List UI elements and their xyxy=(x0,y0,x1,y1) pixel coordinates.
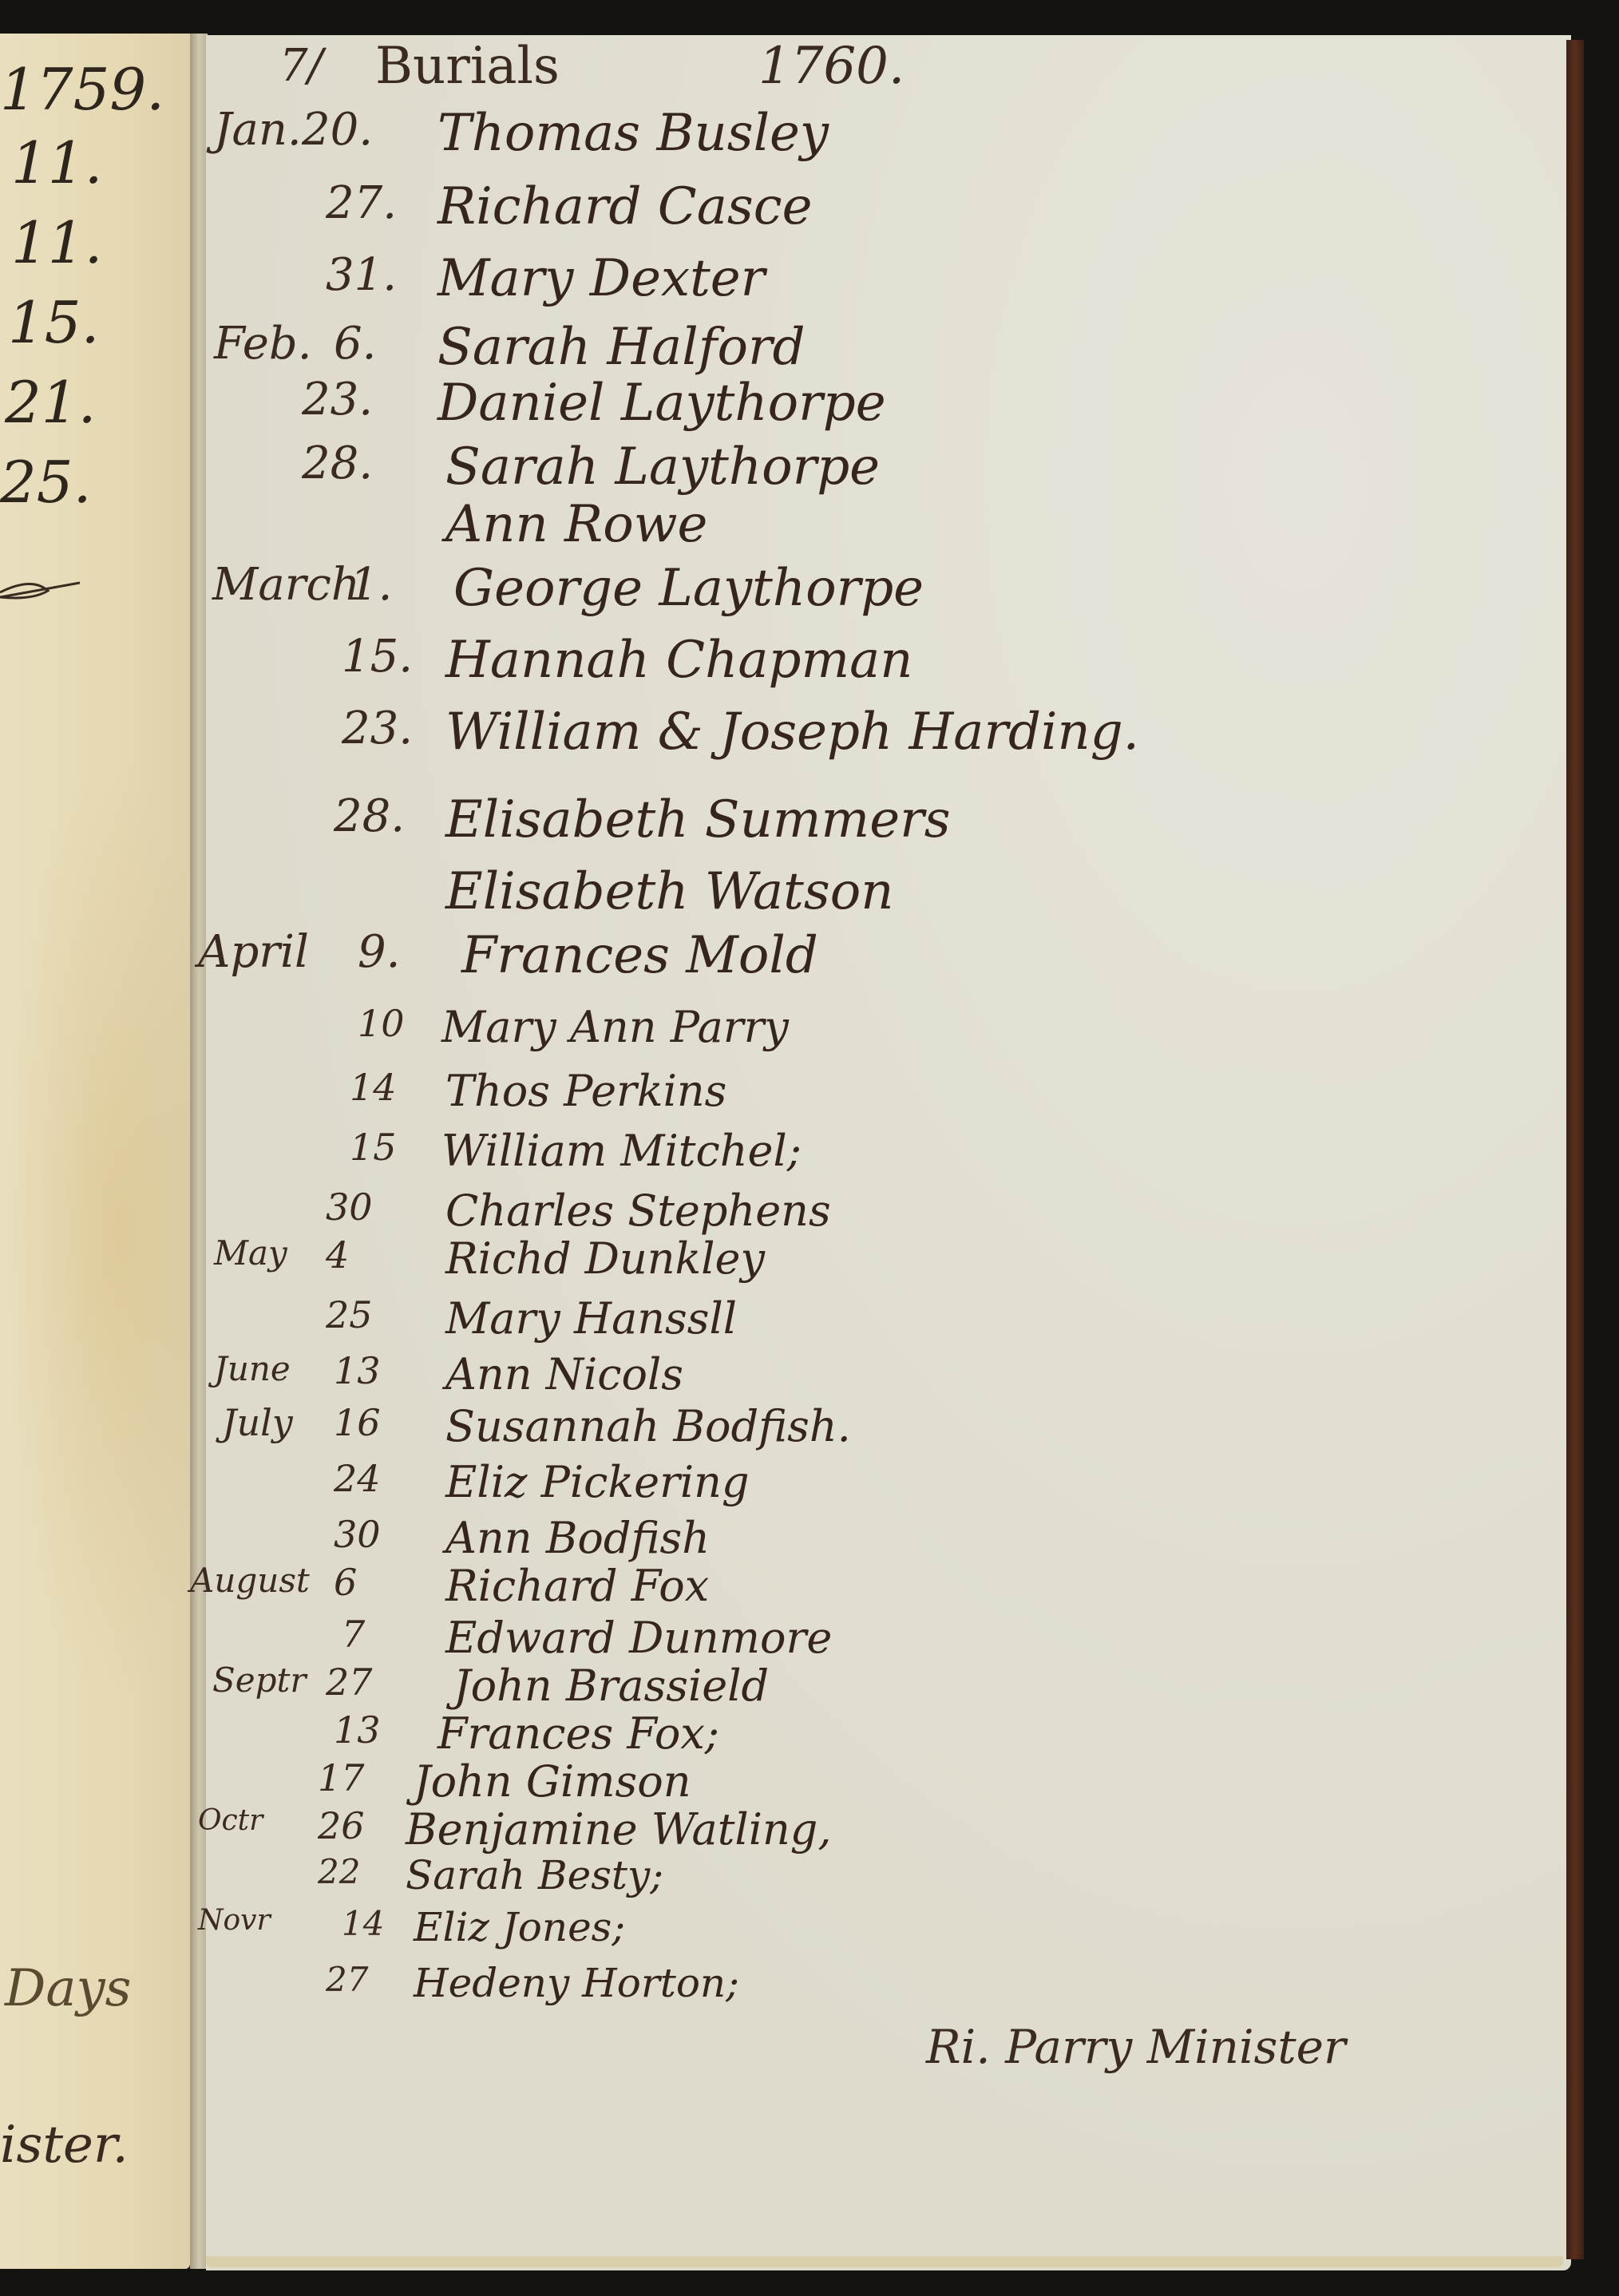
entry-day: 6. xyxy=(334,318,376,370)
entry-day: 30 xyxy=(326,1186,373,1229)
burial-entry: Octr 26 Benjamine Watling, xyxy=(206,1804,1563,1852)
entry-day: 27 xyxy=(326,1960,368,1999)
entry-name: Frances Fox; xyxy=(437,1708,719,1759)
entry-day: 9. xyxy=(358,926,400,978)
entry-name: Mary Dexter xyxy=(437,249,765,308)
burial-entry: March 1. George Laythorpe xyxy=(206,559,1563,607)
burial-entry: 13 Frances Fox; xyxy=(206,1708,1563,1756)
minister-signature: Ri. Parry Minister xyxy=(926,2020,1346,2074)
entry-day: 13 xyxy=(334,1708,381,1752)
burial-entry: Jan. 20. Thomas Busley xyxy=(206,104,1563,152)
entry-day: 27. xyxy=(326,177,397,229)
left-number: 15. xyxy=(8,289,100,356)
left-number: 11. xyxy=(11,209,103,276)
entry-day: 1. xyxy=(350,559,392,611)
entry-name: Elisabeth Watson xyxy=(445,862,893,921)
burial-entry: 7 Edward Dunmore xyxy=(206,1613,1563,1661)
entry-day: 22 xyxy=(318,1852,360,1891)
burial-entry: 14 Thos Perkins xyxy=(206,1066,1563,1114)
entry-name: William Mitchel; xyxy=(441,1126,802,1176)
entry-name: William & Joseph Harding. xyxy=(445,703,1139,762)
entry-day: 14 xyxy=(350,1066,397,1109)
entry-name: Mary Hanssll xyxy=(445,1293,737,1344)
entry-day: 10 xyxy=(358,1002,405,1045)
entry-name: Ann Nicols xyxy=(445,1349,683,1399)
entry-month: Septr xyxy=(212,1661,306,1700)
entry-name: Richard Casce xyxy=(437,177,812,236)
entry-day: 15. xyxy=(342,631,413,683)
entry-name: Sarah Besty; xyxy=(406,1852,663,1898)
entry-month: August xyxy=(190,1561,310,1600)
left-year-fragment: 1759. xyxy=(0,56,164,123)
entry-day: 28. xyxy=(334,790,405,842)
burial-entry: 17 John Gimson xyxy=(206,1756,1563,1804)
entry-day: 23. xyxy=(342,703,413,754)
burial-entry: June 13 Ann Nicols xyxy=(206,1349,1563,1397)
entry-name: Eliz Jones; xyxy=(414,1904,625,1950)
burial-entry: 15. Hannah Chapman xyxy=(206,631,1563,679)
entry-day: 13 xyxy=(334,1349,381,1392)
burial-entry: 22 Sarah Besty; xyxy=(206,1852,1563,1900)
burial-entry: 30 Charles Stephens xyxy=(206,1186,1563,1233)
entry-name: Sarah Laythorpe xyxy=(445,437,880,497)
burial-entry: Septr 27 John Brassield xyxy=(206,1661,1563,1708)
burial-entry: 27. Richard Casce xyxy=(206,177,1563,225)
entry-month: Jan. xyxy=(214,104,302,156)
burial-entry: Feb. 6. Sarah Halford xyxy=(206,318,1563,366)
page-number: 7/ xyxy=(279,40,323,92)
entry-day: 27 xyxy=(326,1661,373,1704)
entry-month: March xyxy=(212,559,360,611)
burial-entry: 31. Mary Dexter xyxy=(206,249,1563,297)
left-word-days: Days xyxy=(5,1959,131,2018)
entry-name: Elisabeth Summers xyxy=(445,790,951,849)
flourish-icon xyxy=(0,576,88,608)
entry-day: 7 xyxy=(342,1613,365,1656)
entry-name: Edward Dunmore xyxy=(445,1613,832,1663)
burial-entry: Elisabeth Watson xyxy=(206,862,1563,910)
entry-name: Ann Bodfish xyxy=(445,1513,710,1563)
entry-name: Susannah Bodfish. xyxy=(445,1401,851,1451)
entry-day: 23. xyxy=(302,374,373,426)
entry-name: Charles Stephens xyxy=(445,1186,831,1236)
left-word-minister: ister. xyxy=(0,2116,129,2175)
left-page: 1759. 11. 11. 15. 21. 25. Days ister. xyxy=(0,34,190,2269)
entry-name: Mary Ann Parry xyxy=(441,1002,789,1052)
entry-name: Richd Dunkley xyxy=(445,1233,765,1284)
page-edge xyxy=(206,2256,1563,2267)
entry-name: Frances Mold xyxy=(461,926,818,985)
entry-day: 4 xyxy=(326,1233,349,1277)
entry-name: Daniel Laythorpe xyxy=(437,374,886,433)
burial-entry: August 6 Richard Fox xyxy=(206,1561,1563,1609)
left-number: 25. xyxy=(0,449,92,516)
entry-day: 24 xyxy=(334,1457,381,1500)
burial-entry: 23. William & Joseph Harding. xyxy=(206,703,1563,750)
burial-entry: 23. Daniel Laythorpe xyxy=(206,374,1563,422)
burial-entry: Novr 14 Eliz Jones; xyxy=(206,1904,1563,1952)
entry-name: Thos Perkins xyxy=(445,1066,726,1116)
burial-entry: 30 Ann Bodfish xyxy=(206,1513,1563,1561)
entry-name: George Laythorpe xyxy=(453,559,924,618)
burial-entry: 25 Mary Hanssll xyxy=(206,1293,1563,1341)
entry-name: John Gimson xyxy=(414,1756,691,1807)
entry-day: 28. xyxy=(302,437,373,489)
water-stain xyxy=(0,752,190,1710)
burial-entry: Ann Rowe xyxy=(206,495,1563,543)
entry-name: Sarah Halford xyxy=(437,318,806,377)
entry-day: 16 xyxy=(334,1401,381,1444)
burial-entry: 28. Sarah Laythorpe xyxy=(206,437,1563,485)
entry-day: 17 xyxy=(318,1756,365,1799)
left-number: 21. xyxy=(5,369,97,436)
entry-name: Benjamine Watling, xyxy=(406,1804,832,1855)
entry-name: Hannah Chapman xyxy=(445,631,913,690)
entry-day: 30 xyxy=(334,1513,381,1556)
entry-month: July xyxy=(222,1401,293,1444)
burial-entry: July 16 Susannah Bodfish. xyxy=(206,1401,1563,1449)
entry-day: 25 xyxy=(326,1293,373,1336)
entry-name: Hedeny Horton; xyxy=(414,1960,739,2006)
entry-month: Feb. xyxy=(214,318,312,370)
burial-entry: 10 Mary Ann Parry xyxy=(206,1002,1563,1050)
burial-entry: 28. Elisabeth Summers xyxy=(206,790,1563,838)
entry-month: May xyxy=(214,1233,287,1273)
burial-entry: May 4 Richd Dunkley xyxy=(206,1233,1563,1281)
entry-day: 26 xyxy=(318,1804,365,1847)
entry-day: 6 xyxy=(334,1561,357,1604)
entry-day: 31. xyxy=(326,249,397,301)
burial-entry: 15 William Mitchel; xyxy=(206,1126,1563,1174)
entry-month: June xyxy=(214,1349,291,1388)
entry-day: 14 xyxy=(342,1904,384,1943)
entry-name: Ann Rowe xyxy=(445,495,707,554)
page-title: Burials xyxy=(375,37,560,96)
burial-entry: April 9. Frances Mold xyxy=(206,926,1563,974)
entry-day: 20. xyxy=(302,104,373,156)
page-year: 1760. xyxy=(758,37,905,96)
entry-day: 15 xyxy=(350,1126,397,1169)
entry-name: Richard Fox xyxy=(445,1561,709,1611)
burial-entry: 24 Eliz Pickering xyxy=(206,1457,1563,1505)
entry-name: John Brassield xyxy=(453,1661,769,1711)
burial-entry: 27 Hedeny Horton; xyxy=(206,1960,1563,2008)
entry-month: Novr xyxy=(198,1904,271,1937)
entry-name: Eliz Pickering xyxy=(445,1457,750,1507)
left-number: 11. xyxy=(11,129,103,196)
entry-month: April xyxy=(198,926,309,978)
leather-binding xyxy=(1566,40,1584,2259)
entry-name: Thomas Busley xyxy=(437,104,829,163)
entry-month: Octr xyxy=(198,1804,263,1837)
